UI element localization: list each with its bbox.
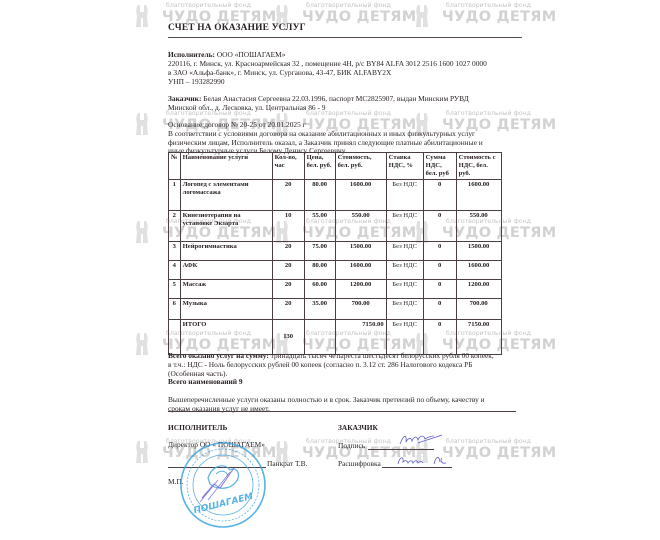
title-underline <box>168 37 522 38</box>
table-row: 6Музыка2035.00700.00Без НДС0700.00 <box>169 299 502 320</box>
customer-signature-label: Подпись <box>338 441 365 450</box>
cell-name: АФК <box>180 261 272 280</box>
cell-cost: 1200.00 <box>335 280 386 299</box>
cell-total: 1500.00 <box>456 242 501 261</box>
stork-baby-icon <box>135 440 149 464</box>
watermark-big-text: ЧУДО ДЕТЯМ <box>302 9 417 25</box>
executor-block: Исполнитель: ООО «ПОШАГАЕМ» <box>168 50 285 59</box>
cell-total: 1200.00 <box>456 280 501 299</box>
summary-count: Всего наименований 9 <box>168 377 243 386</box>
basis-label: Основание: <box>168 120 204 129</box>
header-vat-rate: Ставка НДС, % <box>386 153 423 180</box>
services-table: № Наименование услуги Кол-во, час Цена, … <box>168 152 502 355</box>
table-total-row: ИТОГО1307150.00Без НДС07150.00 <box>169 320 502 355</box>
invoice-page: благотворительный фондЧУДО ДЕТЯМблаготво… <box>0 0 660 540</box>
cell-price: 75.00 <box>304 242 335 261</box>
customer-details: Белая Анастасия Сергеевна 22.03.1996, па… <box>203 94 469 103</box>
watermark: благотворительный фондЧУДО ДЕТЯМ <box>415 2 565 42</box>
cell-vat-sum: 0 <box>423 261 456 280</box>
cell-cost: 1500.00 <box>335 242 386 261</box>
cell-num: 4 <box>169 261 181 280</box>
header-total: Стоимость с НДС, бел. руб. <box>456 153 501 180</box>
executor-label: Исполнитель: <box>168 50 215 59</box>
stork-baby-icon <box>135 112 149 136</box>
cell-vat-rate: Без НДС <box>386 211 423 242</box>
cell-qty: 20 <box>272 299 304 320</box>
cell-price: 55.00 <box>304 211 335 242</box>
cell-num <box>169 320 181 355</box>
cell-vat-rate: Без НДС <box>386 280 423 299</box>
table-row: 2Кинезиотерапия на установке Экзарта1055… <box>169 211 502 242</box>
summary-line-1: Всего оказано услуг на сумму: тринадцать… <box>168 351 494 360</box>
table-row: 3Нейрогимнастика2075.001500.00Без НДС015… <box>169 242 502 261</box>
cell-qty: 20 <box>272 280 304 299</box>
watermark-small-text: благотворительный фонд <box>446 2 531 9</box>
table-header-row: № Наименование услуги Кол-во, час Цена, … <box>169 153 502 180</box>
executor-heading: ИСПОЛНИТЕЛЬ <box>168 423 227 432</box>
stork-baby-icon <box>415 4 429 28</box>
customer-block: Заказчик: Белая Анастасия Сергеевна 22.0… <box>168 94 469 103</box>
table-row: 5Массаж2060.001200.00Без НДС01200.00 <box>169 280 502 299</box>
executor-unp: УНП – 193282990 <box>168 77 225 86</box>
cell-cost: 700.00 <box>335 299 386 320</box>
header-cost: Стоимость, бел. руб. <box>335 153 386 180</box>
executor-address: 220116, г. Минск, ул. Красноармейская 32… <box>168 59 487 68</box>
watermark-big-text: ЧУДО ДЕТЯМ <box>442 9 557 25</box>
cell-vat-rate: Без НДС <box>386 242 423 261</box>
cell-vat-rate: Без НДС <box>386 299 423 320</box>
watermark-small-text: благотворительный фонд <box>306 2 391 9</box>
cell-vat-sum: 0 <box>423 180 456 211</box>
company-stamp-icon: ПОШАГАЕМ <box>178 440 268 530</box>
cell-vat-sum: 0 <box>423 299 456 320</box>
executor-name: Панкрат Т.В. <box>267 459 307 468</box>
cell-vat-rate: Без НДС <box>386 261 423 280</box>
total-cost: 7150.00 <box>335 320 386 355</box>
cell-vat-sum: 0 <box>423 280 456 299</box>
header-qty: Кол-во, час <box>272 153 304 180</box>
customer-signature-line <box>368 449 434 450</box>
cell-cost: 550.00 <box>335 211 386 242</box>
watermark-small-text: благотворительный фонд <box>446 438 531 445</box>
cell-qty: 20 <box>272 180 304 211</box>
basis-line: Основание:договор № 20-25 от 20.01.2025 … <box>168 120 306 129</box>
customer-decoding-handwriting-icon <box>396 452 452 468</box>
cell-name: Кинезиотерапия на установке Экзарта <box>180 211 272 242</box>
stamp-text: ПОШАГАЕМ <box>193 492 255 516</box>
cell-name: Музыка <box>180 299 272 320</box>
cell-qty: 10 <box>272 211 304 242</box>
summary-line-2: в т.ч.: НДС - Ноль белорусских рублей 00… <box>168 360 473 369</box>
cell-num: 1 <box>169 180 181 211</box>
total-amount: 7150.00 <box>456 320 501 355</box>
total-qty: 130 <box>272 320 304 355</box>
cell-name: Массаж <box>180 280 272 299</box>
cell-total: 700.00 <box>456 299 501 320</box>
table-row: 4АФК2080.001600.00Без НДС01600.00 <box>169 261 502 280</box>
cell-qty: 20 <box>272 242 304 261</box>
watermark: благотворительный фондЧУДО ДЕТЯМ <box>275 2 425 42</box>
cell-qty: 20 <box>272 261 304 280</box>
cell-vat-sum: 0 <box>423 211 456 242</box>
table-row: 1Логопед с элементами логомассажа2080.00… <box>169 180 502 211</box>
stork-baby-icon <box>135 220 149 244</box>
cell-vat-rate: Без НДС <box>386 180 423 211</box>
cell-total: 1600.00 <box>456 261 501 280</box>
cell-price: 80.00 <box>304 261 335 280</box>
stork-baby-icon <box>135 332 149 356</box>
customer-decoding-label: Расшифровка <box>338 459 381 468</box>
customer-address: Минской обл., д. Лесковка, ул. Центральн… <box>168 103 325 112</box>
cell-name: Логопед с элементами логомассажа <box>180 180 272 211</box>
cell-price: 35.00 <box>304 299 335 320</box>
cell-num: 3 <box>169 242 181 261</box>
cell-price: 60.00 <box>304 280 335 299</box>
cell-vat-sum: 0 <box>423 242 456 261</box>
header-num: № <box>169 153 181 180</box>
stork-baby-icon <box>135 4 149 28</box>
watermark: благотворительный фондЧУДО ДЕТЯМ <box>135 2 285 42</box>
customer-heading: ЗАКАЗЧИК <box>338 423 378 432</box>
document-title: СЧЕТ НА ОКАЗАНИЕ УСЛУГ <box>168 24 306 33</box>
header-price: Цена, бел. руб. <box>304 153 335 180</box>
watermark-small-text: благотворительный фонд <box>446 110 531 117</box>
watermark-small-text: благотворительный фонд <box>166 2 251 9</box>
customer-signature-icon <box>398 432 444 448</box>
cell-name: Нейрогимнастика <box>180 242 272 261</box>
cell-num: 5 <box>169 280 181 299</box>
cell-price <box>304 320 335 355</box>
basis-value: договор № 20-25 от 20.01.2025 г <box>204 120 305 129</box>
total-vat-rate: Без НДС <box>386 320 423 355</box>
basis-text-1: В соответствии с условиями договора на о… <box>168 129 475 138</box>
cell-total: 550.00 <box>456 211 501 242</box>
cell-num: 2 <box>169 211 181 242</box>
cell-num: 6 <box>169 299 181 320</box>
total-label: ИТОГО <box>180 320 272 355</box>
customer-label: Заказчик: <box>168 94 201 103</box>
header-name: Наименование услуги <box>180 153 272 180</box>
watermark-big-text: ЧУДО ДЕТЯМ <box>442 445 557 461</box>
executor-name: ООО «ПОШАГАЕМ» <box>217 50 286 59</box>
summary-amount-words: тринадцать тысяч четыреста шестьдесят бе… <box>271 351 494 360</box>
header-vat-sum: Сумма НДС, бел. руб <box>423 153 456 180</box>
cell-cost: 1600.00 <box>335 180 386 211</box>
total-vat-sum: 0 <box>423 320 456 355</box>
summary-note-1: Вышеперечисленные услуги оказаны полност… <box>168 395 485 404</box>
cell-total: 1600.00 <box>456 180 501 211</box>
executor-bank: в ЗАО «Альфа-банк», г. Минск, ул. Сурган… <box>168 68 391 77</box>
cell-price: 80.00 <box>304 180 335 211</box>
cell-cost: 1600.00 <box>335 261 386 280</box>
section-rule <box>168 411 516 412</box>
summary-label: Всего оказано услуг на сумму: <box>168 351 269 360</box>
